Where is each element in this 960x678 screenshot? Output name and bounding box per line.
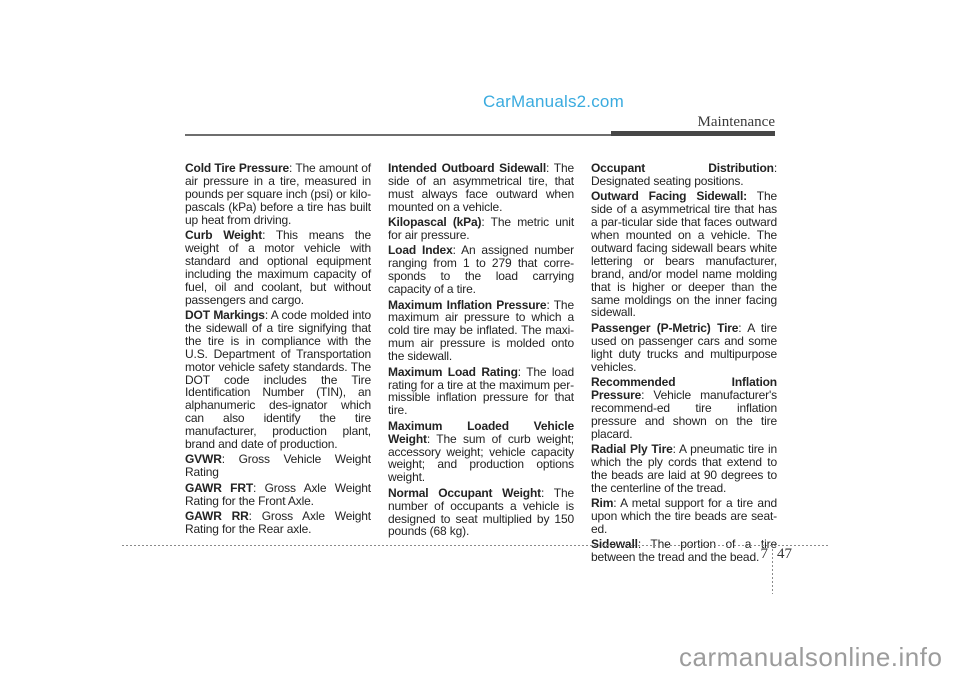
glossary-term: Cold Tire Pressure bbox=[185, 161, 289, 175]
glossary-entry: GVWR: Gross Vehicle Weight Rating bbox=[185, 453, 371, 479]
glossary-definition: The side of a asymmetrical tire that has… bbox=[591, 189, 777, 319]
glossary-entry: Load Index: An assigned number ranging f… bbox=[388, 244, 574, 296]
glossary-column-1: Cold Tire Pressure: The amount of air pr… bbox=[185, 162, 371, 567]
glossary-term: Maximum Inflation Pressure bbox=[388, 298, 546, 312]
glossary-entry: DOT Markings: A code molded into the sid… bbox=[185, 309, 371, 451]
glossary-term: Kilopascal (kPa) bbox=[388, 215, 481, 229]
glossary-term: GAWR RR bbox=[185, 509, 249, 523]
glossary-term: GVWR bbox=[185, 452, 222, 466]
glossary-entry: Occupant Distribution: Designated seatin… bbox=[591, 162, 777, 188]
glossary-definition: : A metal support for a tire and upon wh… bbox=[591, 496, 777, 536]
glossary-term: GAWR FRT bbox=[185, 481, 253, 495]
glossary-term: Maximum Load Rating bbox=[388, 365, 518, 379]
glossary-entry: Passenger (P-Metric) Tire: A tire used o… bbox=[591, 322, 777, 374]
glossary-entry: Radial Ply Tire: A pneumatic tire in whi… bbox=[591, 443, 777, 495]
footer-fold-line-horizontal bbox=[122, 545, 828, 546]
glossary-entry: Maximum Loaded Vehicle Weight: The sum o… bbox=[388, 420, 574, 485]
glossary-entry: GAWR FRT: Gross Axle Weight Rating for t… bbox=[185, 482, 371, 508]
glossary-column-3: Occupant Distribution: Designated seatin… bbox=[591, 162, 777, 567]
page-number: 47 bbox=[777, 546, 792, 563]
glossary-term: Outward Facing Sidewall: bbox=[591, 189, 747, 203]
glossary-entry: Sidewall: The portion of a tire between … bbox=[591, 538, 777, 564]
chapter-number: 7 bbox=[761, 546, 769, 563]
glossary-entry: Rim: A metal support for a tire and upon… bbox=[591, 497, 777, 536]
glossary-entry: Recommended Inflation Pressure: Vehicle … bbox=[591, 376, 777, 441]
glossary-entry: Curb Weight: This means the weight of a … bbox=[185, 229, 371, 306]
footer-fold-line-vertical bbox=[772, 545, 773, 594]
glossary-term: DOT Markings bbox=[185, 308, 265, 322]
carmanualsonline-watermark: carmanualsonline.info bbox=[679, 642, 942, 673]
glossary-term: Radial Ply Tire bbox=[591, 442, 673, 456]
glossary-term: Load Index bbox=[388, 243, 453, 257]
glossary-entry: Maximum Inflation Pressure: The maximum … bbox=[388, 299, 574, 364]
header-rule-thin bbox=[185, 134, 611, 136]
glossary-column-2: Intended Outboard Sidewall: The side of … bbox=[388, 162, 574, 567]
glossary-entry: GAWR RR: Gross Axle Weight Rating for th… bbox=[185, 510, 371, 536]
glossary-entry: Cold Tire Pressure: The amount of air pr… bbox=[185, 162, 371, 227]
glossary-definition: : A code molded into the sidewall of a t… bbox=[185, 308, 371, 451]
section-title: Maintenance bbox=[698, 114, 775, 131]
glossary-term: Normal Occupant Weight bbox=[388, 486, 541, 500]
carmanuals2-watermark: CarManuals2.com bbox=[483, 92, 624, 112]
glossary-entry: Intended Outboard Sidewall: The side of … bbox=[388, 162, 574, 214]
header-rule-thick bbox=[611, 131, 775, 136]
manual-page: CarManuals2.com Maintenance Cold Tire Pr… bbox=[0, 0, 960, 678]
glossary-term: Rim bbox=[591, 496, 613, 510]
glossary-columns: Cold Tire Pressure: The amount of air pr… bbox=[185, 162, 777, 567]
glossary-term: Curb Weight bbox=[185, 228, 262, 242]
glossary-entry: Kilopascal (kPa): The metric unit for ai… bbox=[388, 216, 574, 242]
glossary-entry: Maximum Load Rating: The load rating for… bbox=[388, 366, 574, 418]
glossary-entry: Normal Occupant Weight: The number of oc… bbox=[388, 487, 574, 539]
glossary-entry: Outward Facing Sidewall: The side of a a… bbox=[591, 190, 777, 319]
glossary-term: Intended Outboard Sidewall bbox=[388, 161, 546, 175]
glossary-term: Passenger (P-Metric) Tire bbox=[591, 321, 738, 335]
glossary-term: Occupant Distribution bbox=[591, 161, 774, 175]
